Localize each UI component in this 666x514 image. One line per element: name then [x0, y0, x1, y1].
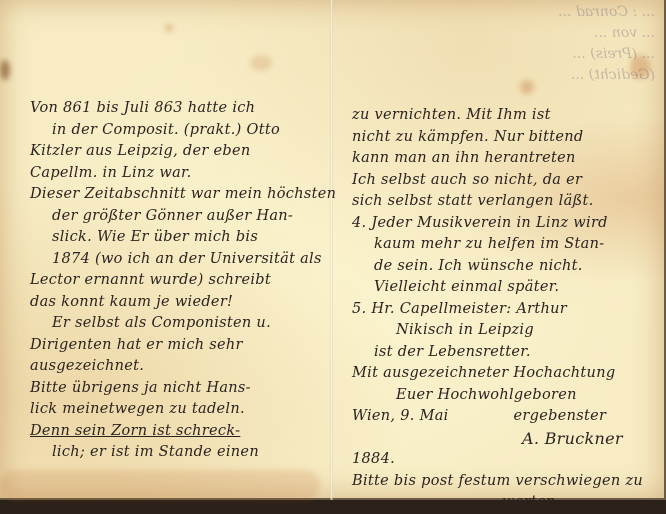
text-line: 4. Jeder Musikverein in Linz wird — [352, 213, 662, 235]
text-line: Mit ausgezeichneter Hochachtung — [352, 363, 662, 385]
year: 1884. — [352, 449, 662, 471]
text-line: lick meinetwegen zu tadeln. — [30, 399, 330, 421]
text-line: der größter Gönner außer Han- — [30, 206, 330, 228]
bleed-line: (Gedicht) ... — [345, 65, 655, 86]
text-line: das konnt kaum je wieder! — [30, 292, 330, 314]
text-line: Bitte übrigens ja nicht Hans- — [30, 378, 330, 400]
text-line: 1874 (wo ich an der Universität als — [30, 249, 330, 271]
place-date: Wien, 9. Mai — [352, 408, 449, 424]
text-line: nicht zu kämpfen. Nur bittend — [352, 127, 662, 149]
text-line: kann man an ihn herantreten — [352, 148, 662, 170]
text-line: Lector ernannt wurde) schreibt — [30, 270, 330, 292]
stain — [0, 60, 10, 80]
text-line: Vielleicht einmal später. — [352, 277, 662, 299]
text-line: Ich selbst auch so nicht, da er — [352, 170, 662, 192]
text-line: slick. Wie Er über mich bis — [30, 227, 330, 249]
text-line: Kitzler aus Leipzig, der eben — [30, 141, 330, 163]
bleed-through-text: ... : Conrad ... ... von ... ... (Preis)… — [345, 2, 655, 86]
letter-sheet: ... : Conrad ... ... von ... ... (Preis)… — [0, 0, 666, 500]
text-line: Dirigenten hat er mich sehr — [30, 335, 330, 357]
postscript-end: warten. — [352, 492, 662, 500]
text-line: Von 861 bis Juli 863 hatte ich — [30, 98, 330, 120]
bleed-line: ... : Conrad ... — [345, 2, 655, 23]
text-line: ausgezeichnet. — [30, 356, 330, 378]
stain — [165, 24, 173, 32]
signature: A. Bruckner — [352, 428, 662, 450]
text-line: Capellm. in Linz war. — [30, 163, 330, 185]
text-line: zu vernichten. Mit Ihm ist — [352, 105, 662, 127]
text-line: ist der Lebensretter. — [352, 342, 662, 364]
postscript: Bitte bis post festum verschwiegen zu — [352, 471, 662, 493]
text-line: de sein. Ich wünsche nicht. — [352, 256, 662, 278]
text-line: Dieser Zeitabschnitt war mein höchsten — [30, 184, 330, 206]
text-line: 5. Hr. Capellmeister: Arthur — [352, 299, 662, 321]
stain — [0, 470, 320, 500]
text-line: sich selbst statt verlangen läßt. — [352, 191, 662, 213]
bleed-line: ... (Preis) ... — [345, 44, 655, 65]
text-line: Euer Hochwohlgeboren — [352, 385, 662, 407]
text-line: Denn sein Zorn ist schreck- — [30, 421, 330, 443]
text-line: Nikisch in Leipzig — [352, 320, 662, 342]
right-page-text: zu vernichten. Mit Ihm ist nicht zu kämp… — [352, 105, 662, 500]
page-fold — [330, 0, 333, 500]
place-date-line: Wien, 9. Mai ergebenster — [352, 406, 662, 428]
text-line: kaum mehr zu helfen im Stan- — [352, 234, 662, 256]
stain — [250, 55, 272, 71]
text-line: lich; er ist im Stande einen — [30, 442, 330, 464]
left-page-text: Von 861 bis Juli 863 hatte ich in der Co… — [30, 98, 330, 464]
text-line: in der Composit. (prakt.) Otto — [30, 120, 330, 142]
closing: ergebenster — [454, 408, 607, 424]
text-line: Er selbst als Componisten u. — [30, 313, 330, 335]
bleed-line: ... von ... — [345, 23, 655, 44]
